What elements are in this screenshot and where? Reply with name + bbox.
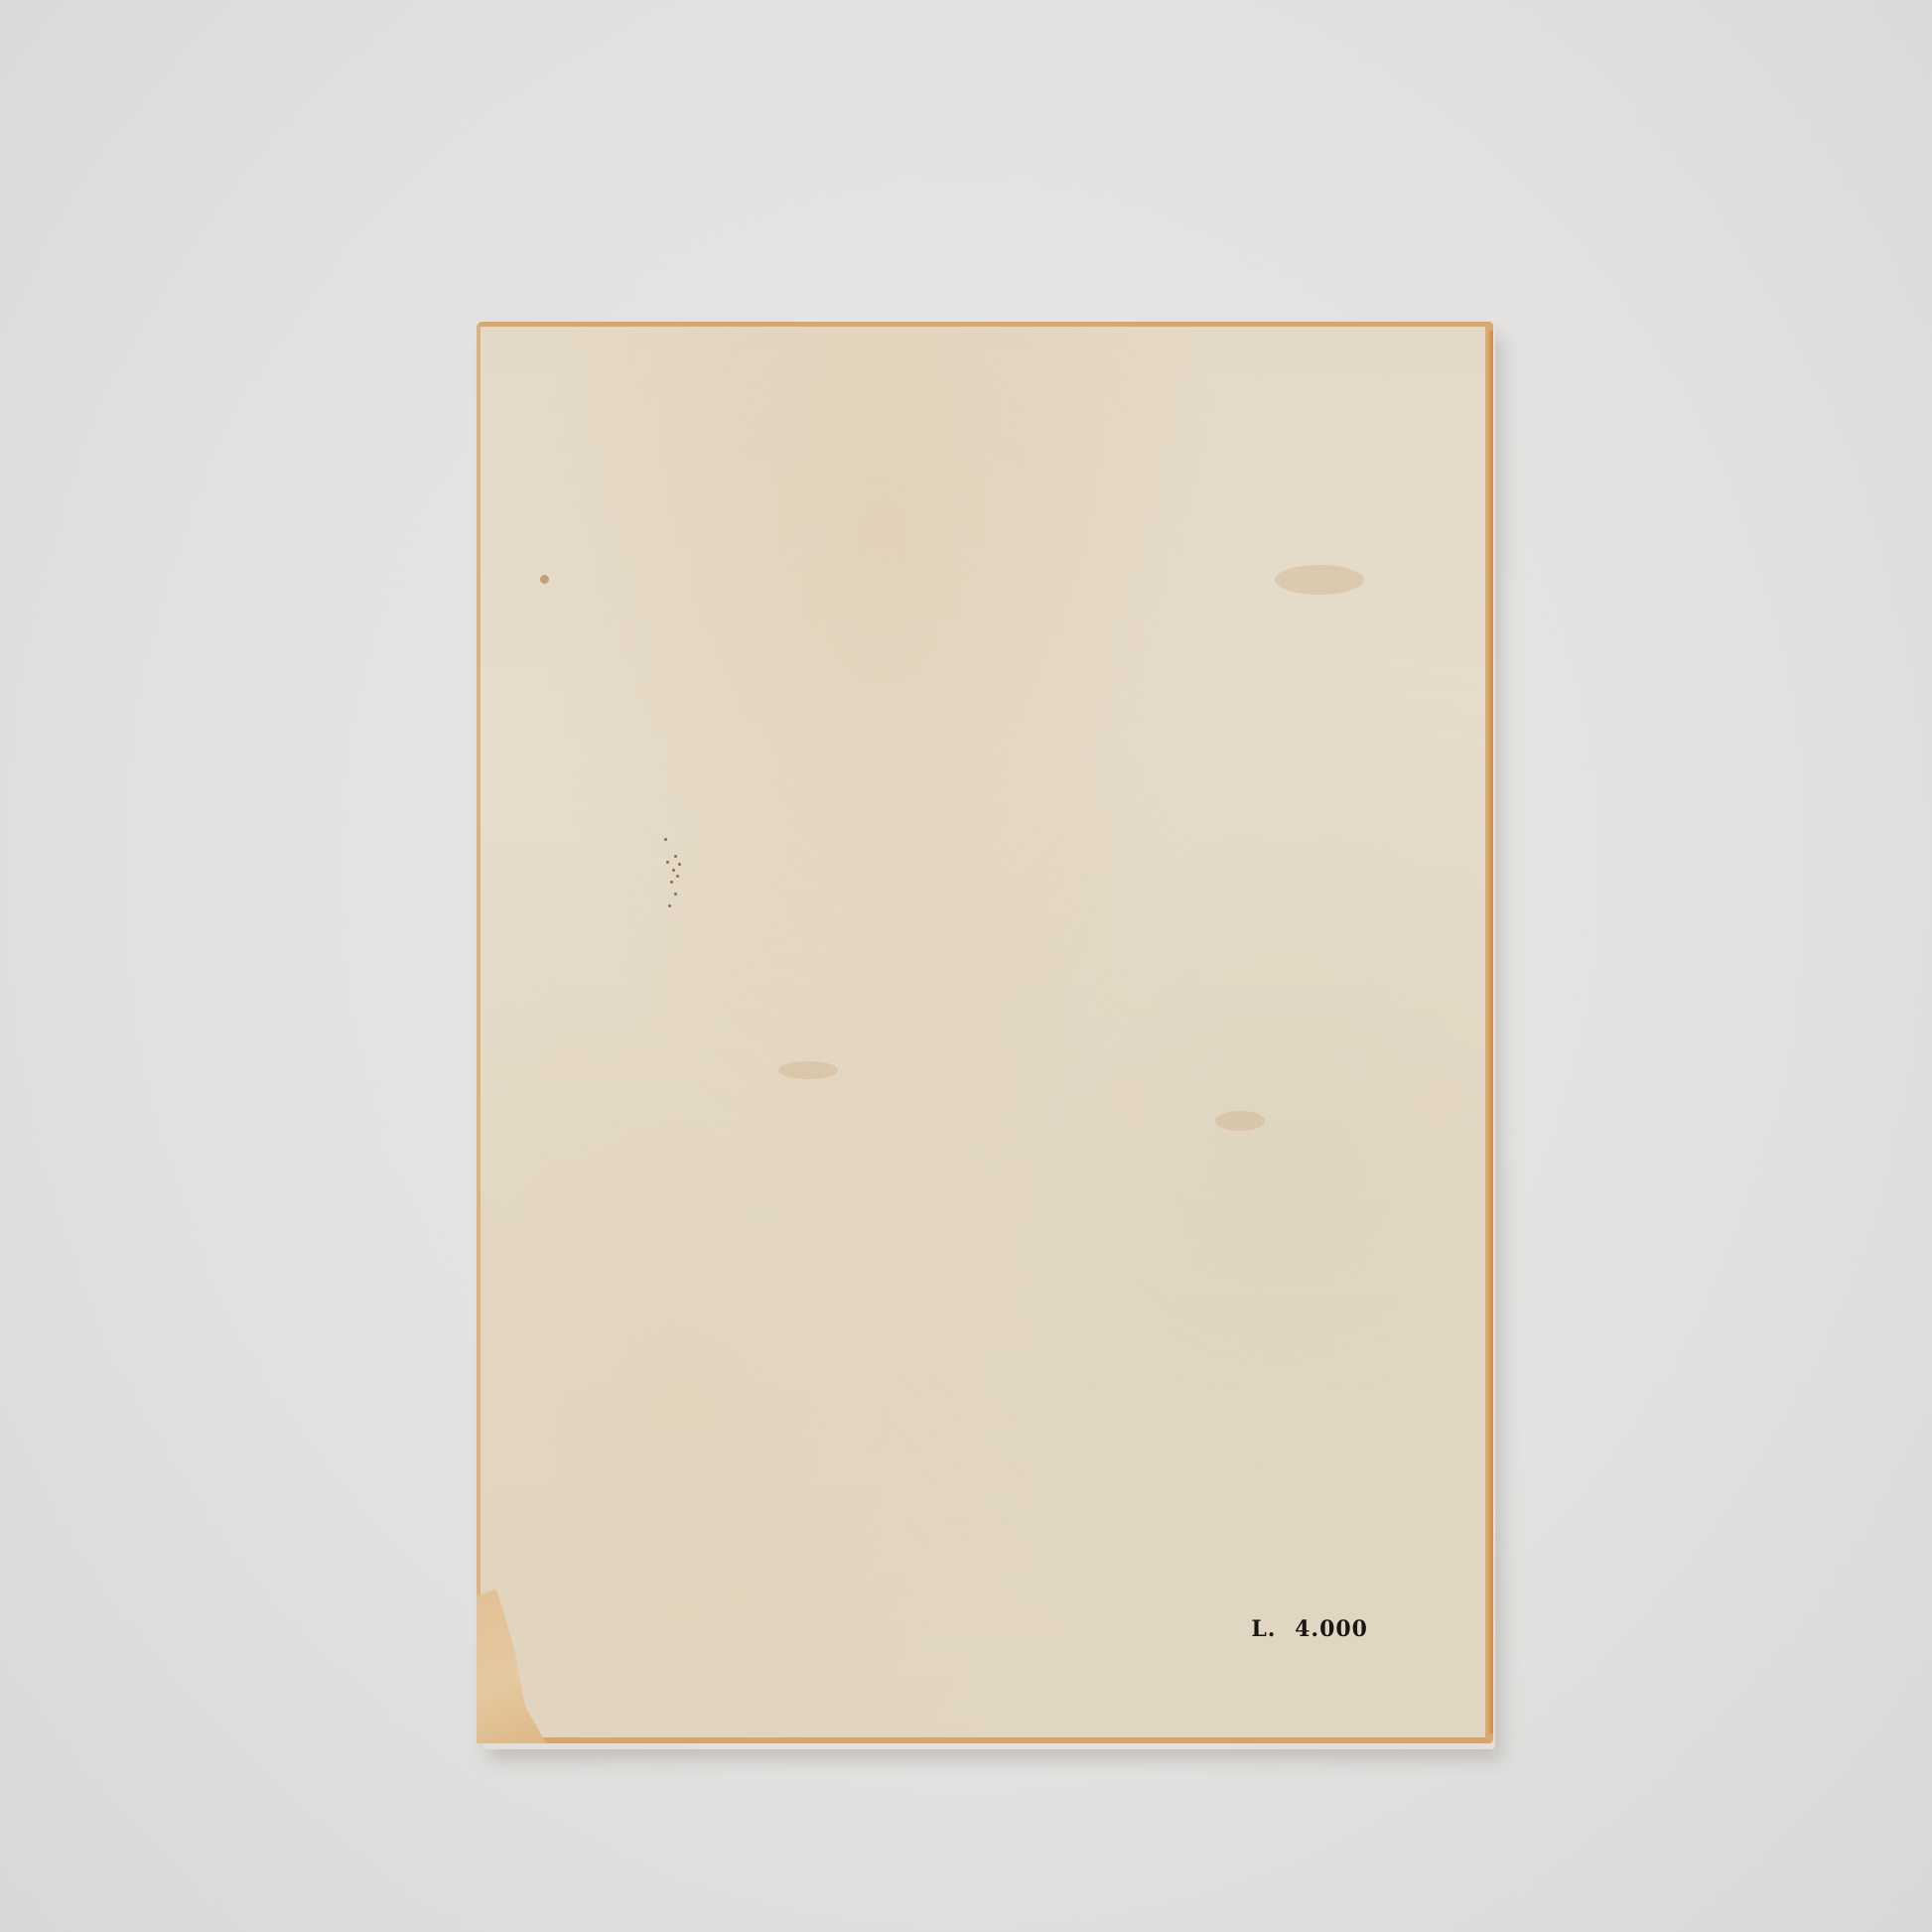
paper-stain (540, 575, 549, 584)
book-back-cover: L. 4.000 (477, 322, 1493, 1743)
foxing-speckles (654, 833, 734, 912)
paper-stain (1215, 1111, 1265, 1131)
worn-corner (477, 1575, 546, 1743)
price-label: L. 4.000 (1251, 1616, 1368, 1642)
book-page-edge (1485, 331, 1493, 1733)
paper-stain (778, 1061, 838, 1079)
paper-stain (1275, 565, 1364, 595)
